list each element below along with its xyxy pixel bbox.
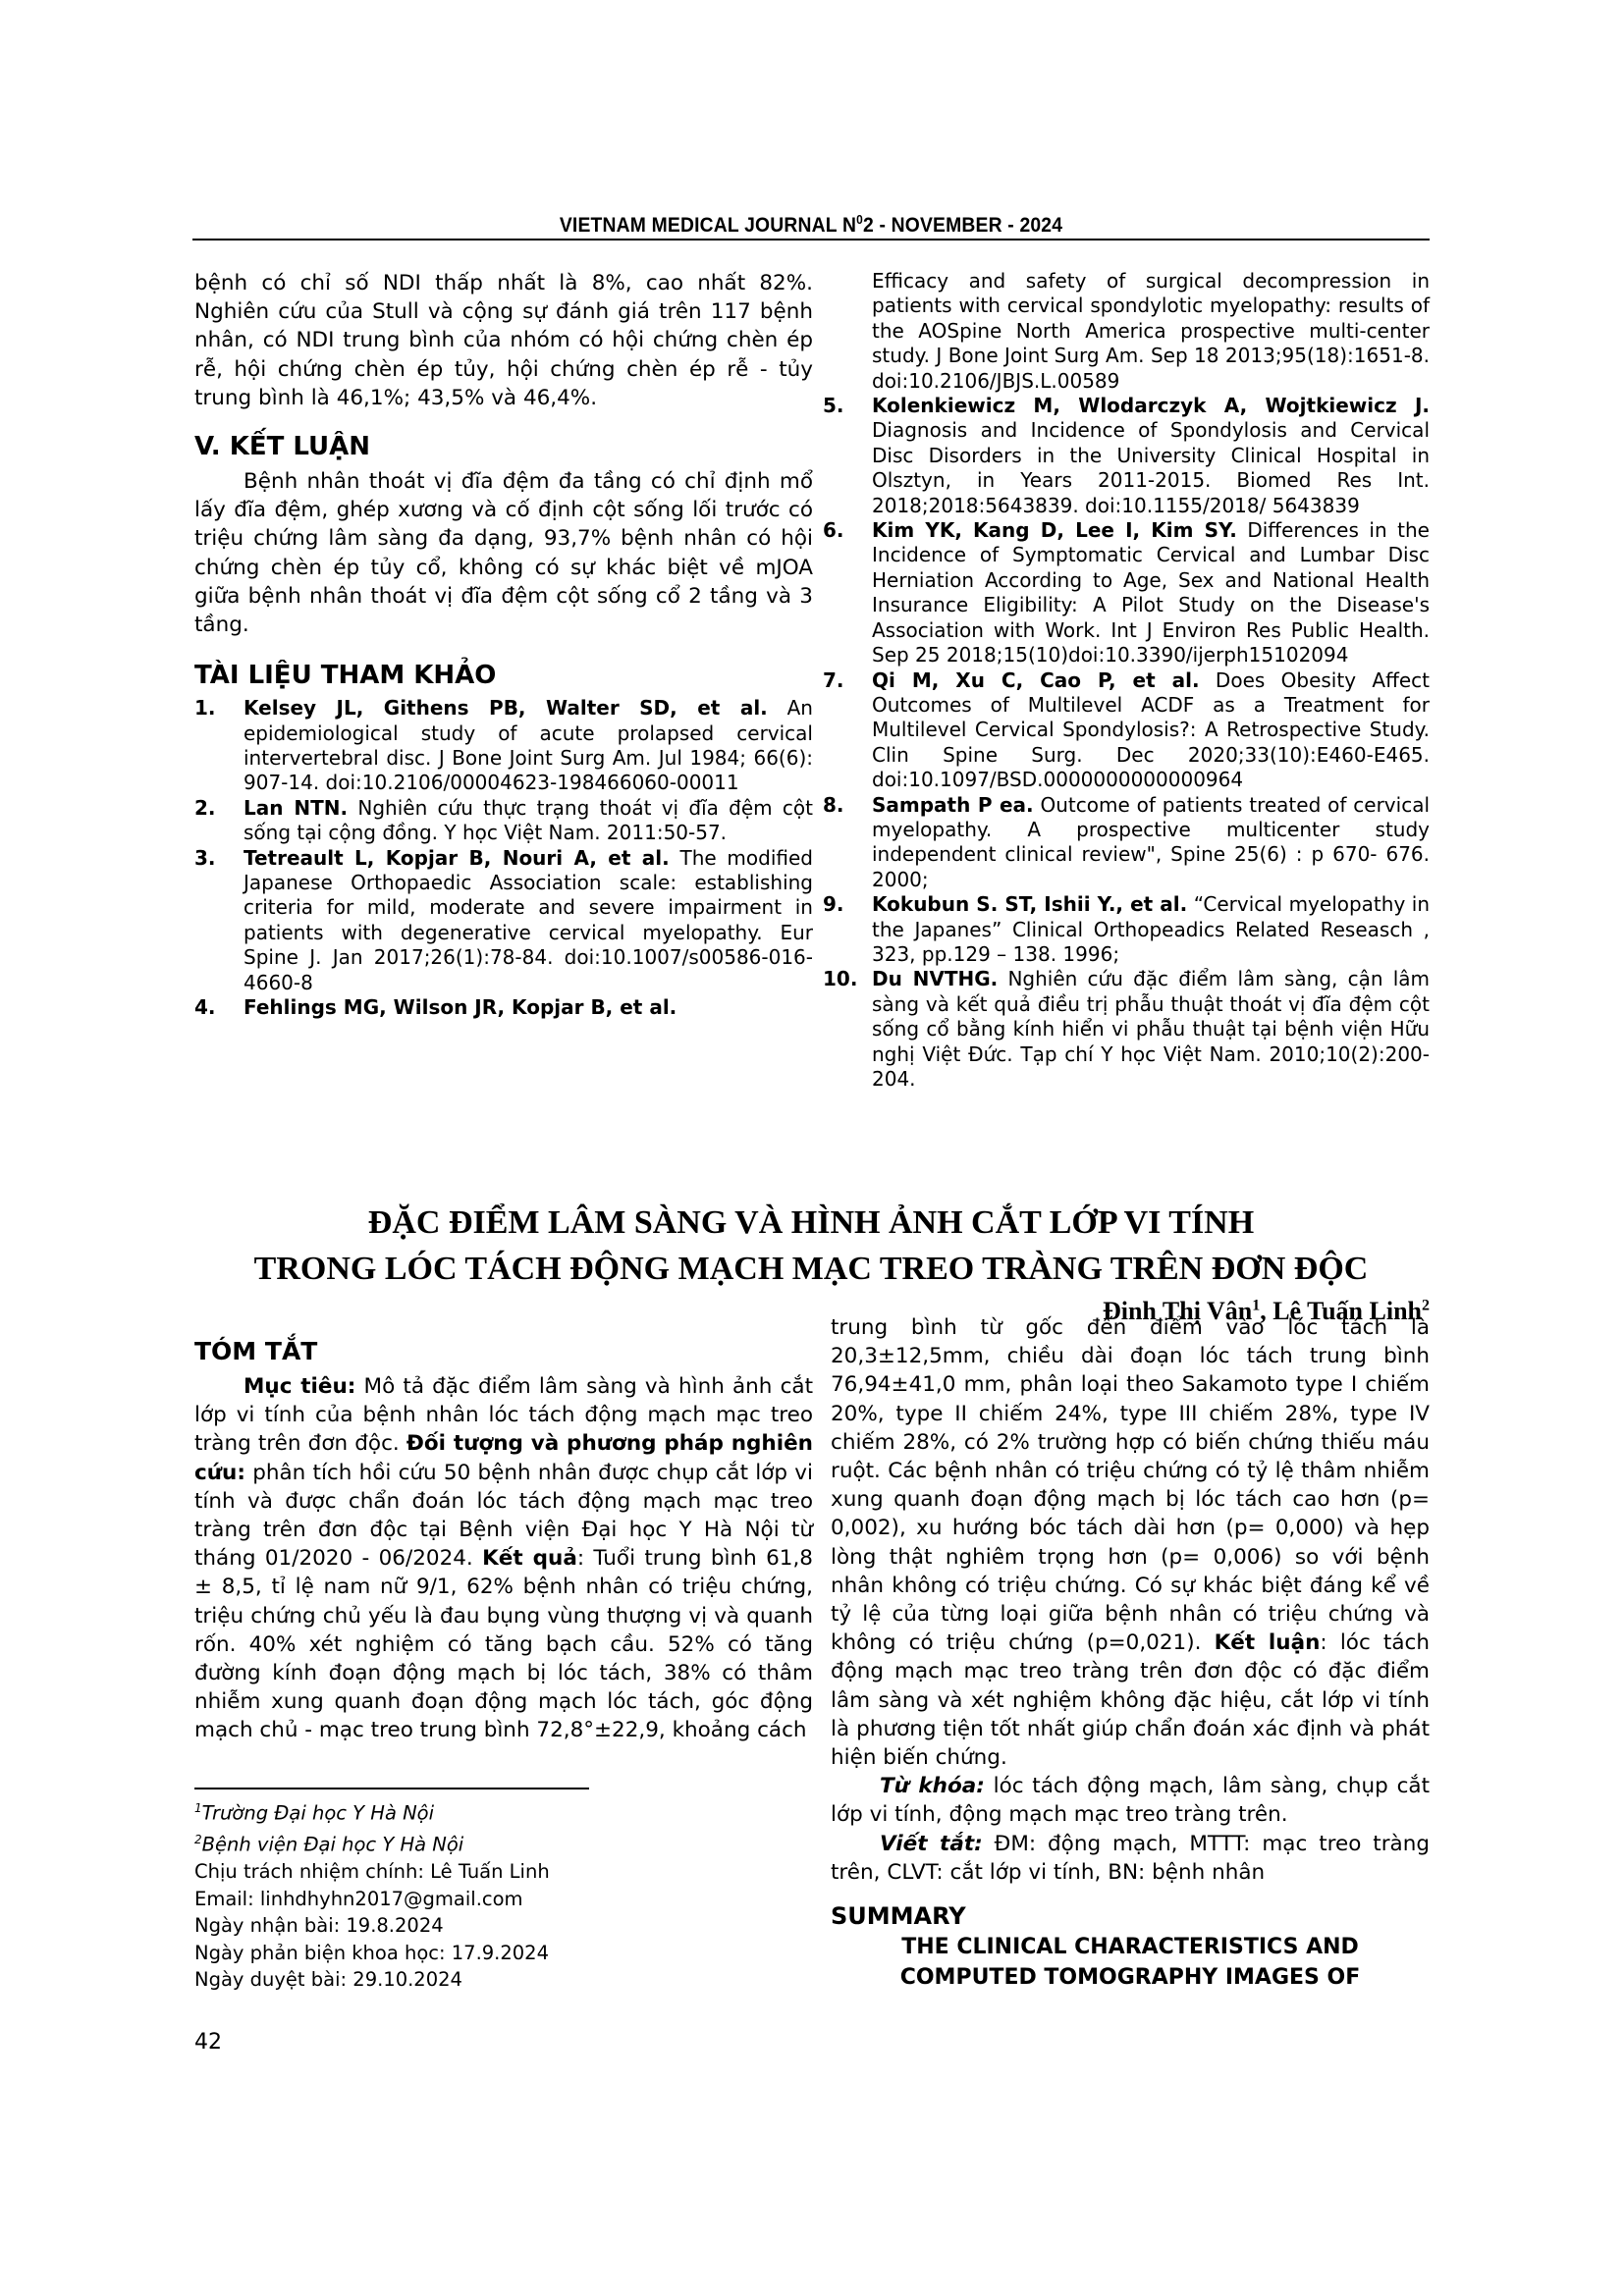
reference-number: 10. xyxy=(823,967,872,1092)
date-received: Ngày nhận bài: 19.8.2024 xyxy=(194,1912,813,1940)
abstract-heading: TÓM TẮT xyxy=(194,1335,813,1368)
abstract-right-column: trung bình từ gốc đến điểm vào lóc tách … xyxy=(831,1313,1430,1993)
reference-item-continued: Efficacy and safety of surgical decompre… xyxy=(872,269,1430,394)
abstract-body-right: trung bình từ gốc đến điểm vào lóc tách … xyxy=(831,1313,1430,1772)
reference-authors: Kokubun S. ST, Ishii Y., et al. xyxy=(872,892,1187,916)
reference-item: 6.Kim YK, Kang D, Lee I, Kim SY. Differe… xyxy=(872,518,1430,667)
abbreviations: Viết tắt: ĐM: động mạch, MTTT: mạc treo … xyxy=(831,1830,1430,1887)
abstract-body-left: Mục tiêu: Mô tả đặc điểm lâm sàng và hìn… xyxy=(194,1372,813,1745)
reference-item: 9.Kokubun S. ST, Ishii Y., et al. “Cervi… xyxy=(872,892,1430,967)
affiliation-1: 1Trường Đại học Y Hà Nội xyxy=(194,1795,813,1827)
right-column-top: Efficacy and safety of surgical decompre… xyxy=(872,269,1430,1092)
author-affiliation-mark: 2 xyxy=(1422,1297,1430,1313)
keywords: Từ khóa: lóc tách động mạch, lâm sàng, c… xyxy=(831,1772,1430,1829)
reference-authors: Kim YK, Kang D, Lee I, Kim SY. xyxy=(872,518,1237,542)
page-number: 42 xyxy=(194,2030,222,2055)
reference-item: 2.Lan NTN. Nghiên cứu thực trạng thoát v… xyxy=(194,796,813,846)
footnote-rule xyxy=(194,1788,589,1789)
corresponding-author: Chịu trách nhiệm chính: Lê Tuấn Linh xyxy=(194,1858,813,1886)
reference-item: 1.Kelsey JL, Githens PB, Walter SD, et a… xyxy=(194,696,813,796)
reference-text: Diagnosis and Incidence of Spondylosis a… xyxy=(872,418,1430,516)
abbreviations-label: Viết tắt: xyxy=(880,1832,983,1856)
email: Email: linhdhyhn2017@gmail.com xyxy=(194,1886,813,1913)
affiliation-text: Trường Đại học Y Hà Nội xyxy=(202,1802,434,1825)
summary-heading: SUMMARY xyxy=(831,1900,1430,1932)
left-column-top: bệnh có chỉ số NDI thấp nhất là 8%, cao … xyxy=(194,269,813,1021)
running-head-text: VIETNAM MEDICAL JOURNAL N xyxy=(560,214,856,237)
reference-item: 3.Tetreault L, Kopjar B, Nouri A, et al.… xyxy=(194,846,813,995)
running-head: VIETNAM MEDICAL JOURNAL N02 - NOVEMBER -… xyxy=(242,212,1380,238)
reference-item: 7.Qi M, Xu C, Cao P, et al. Does Obesity… xyxy=(872,668,1430,793)
reference-item: 10.Du NVTHG. Nghiên cứu đặc điểm lâm sàn… xyxy=(872,967,1430,1092)
discussion-tail: bệnh có chỉ số NDI thấp nhất là 8%, cao … xyxy=(194,269,813,412)
reference-number: 4. xyxy=(194,995,244,1020)
article-title-line-2: TRONG LÓC TÁCH ĐỘNG MẠCH MẠC TREO TRÀNG … xyxy=(192,1246,1430,1292)
reference-text: Efficacy and safety of surgical decompre… xyxy=(872,269,1430,394)
reference-item: 4.Fehlings MG, Wilson JR, Kopjar B, et a… xyxy=(194,995,813,1020)
references-heading: TÀI LIỆU THAM KHẢO xyxy=(194,659,813,692)
references-list-left: 1.Kelsey JL, Githens PB, Walter SD, et a… xyxy=(194,696,813,1020)
article-title: ĐẶC ĐIỂM LÂM SÀNG VÀ HÌNH ẢNH CẮT LỚP VI… xyxy=(192,1200,1430,1292)
reference-number: 7. xyxy=(823,668,872,793)
results-label: Kết quả xyxy=(482,1546,577,1571)
reference-authors: Sampath P ea. xyxy=(872,793,1034,817)
reference-number: 5. xyxy=(823,394,872,518)
reference-number: 8. xyxy=(823,793,872,893)
reference-authors: Du NVTHG. xyxy=(872,967,998,990)
running-head-sup: 0 xyxy=(856,212,863,227)
reference-number: 2. xyxy=(194,796,244,846)
article-title-line-1: ĐẶC ĐIỂM LÂM SÀNG VÀ HÌNH ẢNH CẮT LỚP VI… xyxy=(192,1200,1430,1246)
header-rule xyxy=(192,239,1430,240)
date-reviewed: Ngày phản biện khoa học: 17.9.2024 xyxy=(194,1940,813,1967)
running-head-tail: 2 - NOVEMBER - 2024 xyxy=(863,214,1062,237)
keywords-label: Từ khóa: xyxy=(880,1774,985,1798)
summary-title-line-2: COMPUTED TOMOGRAPHY IMAGES OF xyxy=(831,1962,1430,1993)
footnotes: 1Trường Đại học Y Hà Nội 2Bệnh viện Đại … xyxy=(194,1795,813,1994)
conclusion-text: Bệnh nhân thoát vị đĩa đệm đa tầng có ch… xyxy=(194,467,813,639)
abstract-left-column: TÓM TẮT Mục tiêu: Mô tả đặc điểm lâm sàn… xyxy=(194,1335,813,1745)
reference-item: 8.Sampath P ea. Outcome of patients trea… xyxy=(872,793,1430,893)
affiliation-text: Bệnh viện Đại học Y Hà Nội xyxy=(202,1834,464,1856)
reference-authors: Kelsey JL, Githens PB, Walter SD, et al. xyxy=(244,696,768,720)
affiliation-mark: 2 xyxy=(194,1833,202,1846)
conclusion-label: Kết luận xyxy=(1215,1630,1321,1655)
reference-authors: Fehlings MG, Wilson JR, Kopjar B, et al. xyxy=(244,995,677,1019)
reference-authors: Kolenkiewicz M, Wlodarczyk A, Wojtkiewic… xyxy=(872,394,1430,417)
reference-number: 1. xyxy=(194,696,244,796)
results-text: : Tuổi trung bình 61,8 ± 8,5, tỉ lệ nam … xyxy=(194,1546,813,1742)
objective-label: Mục tiêu: xyxy=(244,1374,355,1399)
date-accepted: Ngày duyệt bài: 29.10.2024 xyxy=(194,1966,813,1994)
affiliation-mark: 1 xyxy=(194,1801,202,1815)
reference-number: 9. xyxy=(823,892,872,967)
reference-item: 5.Kolenkiewicz M, Wlodarczyk A, Wojtkiew… xyxy=(872,394,1430,518)
journal-page: VIETNAM MEDICAL JOURNAL N02 - NOVEMBER -… xyxy=(0,0,1624,2296)
conclusion-heading: V. KẾT LUẬN xyxy=(194,430,813,463)
results-text: trung bình từ gốc đến điểm vào lóc tách … xyxy=(831,1315,1430,1655)
reference-number: 3. xyxy=(194,846,244,995)
affiliation-2: 2Bệnh viện Đại học Y Hà Nội xyxy=(194,1827,813,1858)
reference-authors: Lan NTN. xyxy=(244,796,348,820)
reference-authors: Qi M, Xu C, Cao P, et al. xyxy=(872,668,1200,692)
reference-number: 6. xyxy=(823,518,872,667)
summary-title-line-1: THE CLINICAL CHARACTERISTICS AND xyxy=(831,1932,1430,1962)
reference-authors: Tetreault L, Kopjar B, Nouri A, et al. xyxy=(244,846,670,870)
